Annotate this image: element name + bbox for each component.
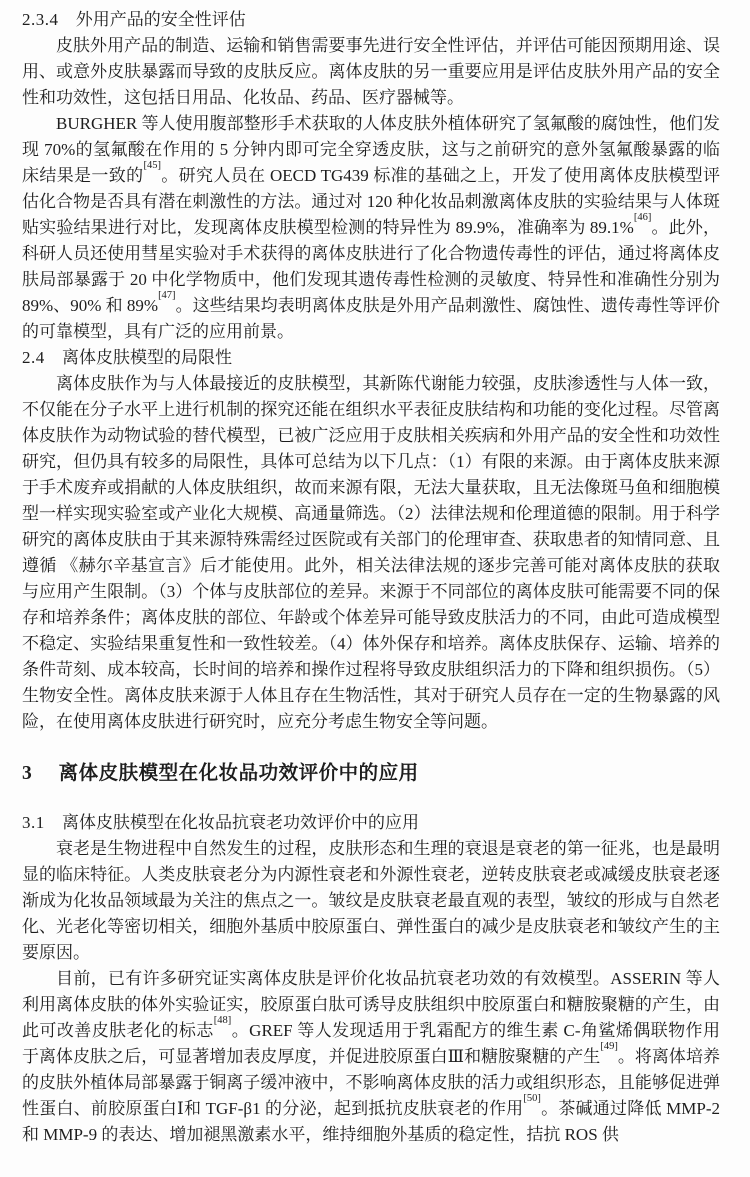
citation-superscript: [49] xyxy=(600,1041,618,1052)
citation-superscript: [46] xyxy=(634,212,652,223)
citation-superscript: [50] xyxy=(523,1093,541,1104)
chapter-number: 3 xyxy=(22,763,32,784)
section-heading-3-1: 3.1 离体皮肤模型在化妆品抗衰老功效评价中的应用 xyxy=(22,810,720,836)
citation-superscript: [48] xyxy=(214,1015,232,1026)
chapter-heading-3: 3 离体皮肤模型在化妆品功效评价中的应用 xyxy=(22,760,720,787)
section-title: 离体皮肤模型在化妆品抗衰老功效评价中的应用 xyxy=(62,813,419,832)
section-heading-2-4: 2.4 离体皮肤模型的局限性 xyxy=(22,345,720,371)
section-title: 离体皮肤模型的局限性 xyxy=(62,348,232,367)
paragraph-model-limitations: 离体皮肤作为与人体最接近的皮肤模型，其新陈代谢能力较强，皮肤渗透性与人体一致，不… xyxy=(22,371,720,735)
paper-page: 2.3.4 外用产品的安全性评估 皮肤外用产品的制造、运输和销售需要事先进行安全… xyxy=(0,0,750,1177)
citation-superscript: [45] xyxy=(143,160,161,171)
paragraph-product-safety-intro: 皮肤外用产品的制造、运输和销售需要事先进行安全性评估，并评估可能因预期用途、误用… xyxy=(22,33,720,111)
section-number: 3.1 xyxy=(22,813,45,832)
section-title: 外用产品的安全性评估 xyxy=(76,10,246,29)
citation-superscript: [47] xyxy=(158,290,176,301)
section-heading-2-3-4: 2.3.4 外用产品的安全性评估 xyxy=(22,7,720,33)
paragraph-burgher-corrosivity-study: BURGHER 等人使用腹部整形手术获取的人体皮肤外植体研究了氢氟酸的腐蚀性，他… xyxy=(22,111,720,345)
section-number: 2.4 xyxy=(22,348,45,367)
paragraph-antiaging-studies: 目前，已有许多研究证实离体皮肤是评价化妆品抗衰老功效的有效模型。ASSERIN … xyxy=(22,966,720,1148)
chapter-title: 离体皮肤模型在化妆品功效评价中的应用 xyxy=(59,762,419,784)
paragraph-aging-intro: 衰老是生物进程中自然发生的过程，皮肤形态和生理的衰退是衰老的第一征兆，也是最明显… xyxy=(22,836,720,966)
section-number: 2.3.4 xyxy=(22,10,59,29)
